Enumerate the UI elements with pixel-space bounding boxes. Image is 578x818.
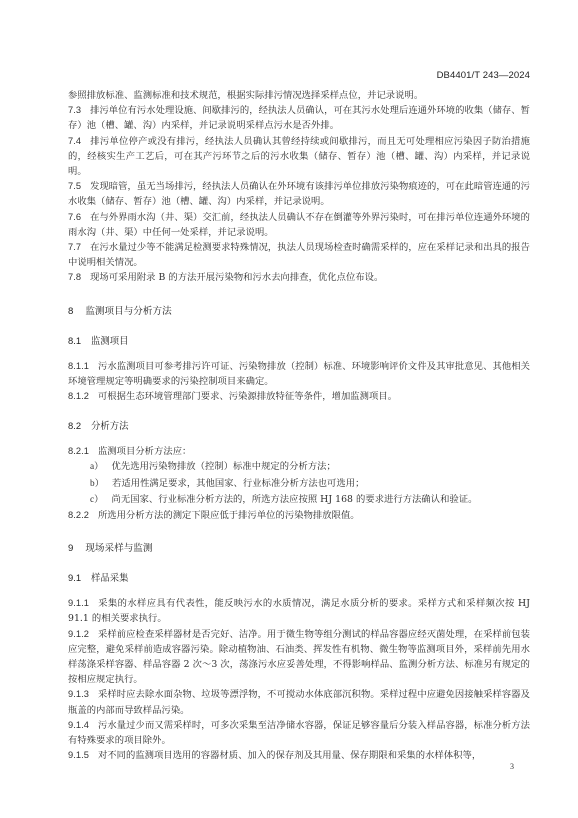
clause-text: 现场可采用附录 B 的方法开展污染物和污水去向排查，优化点位布设。: [90, 272, 383, 283]
clause-7-8: 7.8现场可采用附录 B 的方法开展污染物和污水去向排查，优化点位布设。: [68, 270, 530, 285]
clause-9-1-5: 9.1.5对不同的监测项目选用的容器材质、加入的保存剂及其用量、保存期限和采集的…: [68, 748, 530, 763]
list-marker: c）: [90, 495, 104, 505]
subsection-heading-9-1: 9.1样品采集: [68, 570, 530, 586]
subsection-heading-8-2: 8.2分析方法: [68, 418, 530, 434]
section-number: 8: [68, 306, 73, 317]
subsection-number: 9.1: [68, 572, 81, 583]
clause-8-2-2: 8.2.2所选用分析方法的测定下限应低于排污单位的污染物排放限值。: [68, 508, 530, 523]
spacer: [68, 523, 530, 541]
spacer: [68, 586, 530, 596]
subsection-title: 样品采集: [91, 573, 129, 584]
clause-number: 9.1.5: [68, 750, 89, 760]
document-standard-id: DB4401/T 243—2024: [437, 70, 530, 81]
clause-number: 7.5: [68, 181, 81, 191]
clause-number: 7.6: [68, 212, 81, 222]
clause-text: 可根据生态环境管理部门要求、污染源排放特征等条件，增加监测项目。: [98, 391, 397, 402]
clause-number: 9.1.1: [68, 598, 89, 608]
subsection-number: 8.2: [68, 420, 81, 431]
clause-text: 采样时应去除水面杂物、垃圾等漂浮物，不可搅动水体底部沉积物。采样过程中应避免因接…: [68, 689, 530, 715]
clause-number: 8.1.1: [68, 361, 89, 371]
clause-number: 8.1.2: [68, 391, 89, 401]
section-title: 现场采样与监测: [85, 543, 152, 554]
clause-text: 对不同的监测项目选用的容器材质、加入的保存剂及其用量、保存期限和采集的水样体积等…: [98, 750, 481, 761]
clause-text: 污水监测项目可参考排污许可证、污染物排放（控制）标准、环境影响评价文件及其审批意…: [68, 361, 530, 387]
subsection-title: 监测项目: [91, 336, 129, 347]
spacer: [68, 556, 530, 570]
section-number: 9: [68, 543, 73, 554]
clause-number: 8.2.1: [68, 446, 89, 456]
spacer: [68, 349, 530, 359]
clause-text: 采样前应检查采样器材是否完好、洁净。用于微生物等组分测试的样品容器应经灭菌处理，…: [68, 629, 530, 686]
page-number: 3: [510, 762, 514, 771]
clause-text: 在污水量过少等不能满足检测要求特殊情况，执法人员现场检查时确需采样的，应在采样记…: [68, 242, 530, 268]
list-item-b: b）若适用性满足要求，其他国家、行业标准分析方法也可选用；: [68, 476, 530, 492]
clause-7-4: 7.4排污单位停产或没有排污，经执法人员确认其曾经持续或间歇排污，而且无可处理相…: [68, 134, 530, 180]
clause-number: 7.4: [68, 136, 81, 146]
clause-number: 9.1.3: [68, 689, 89, 699]
continued-paragraph: 参照排放标准、监测标准和技术规范，根据实际排污情况选择采样点位，并记录说明。: [68, 88, 530, 103]
clause-number: 8.2.2: [68, 510, 89, 520]
spacer: [68, 404, 530, 418]
clause-9-1-2: 9.1.2采样前应检查采样器材是否完好、洁净。用于微生物等组分测试的样品容器应经…: [68, 627, 530, 688]
clause-number: 9.1.2: [68, 629, 89, 639]
clause-9-1-3: 9.1.3采样时应去除水面杂物、垃圾等漂浮物，不可搅动水体底部沉积物。采样过程中…: [68, 687, 530, 717]
spacer: [68, 286, 530, 304]
list-marker: a）: [90, 462, 104, 472]
subsection-number: 8.1: [68, 335, 81, 346]
clause-8-1-1: 8.1.1污水监测项目可参考排污许可证、污染物排放（控制）标准、环境影响评价文件…: [68, 359, 530, 389]
clause-number: 7.8: [68, 272, 81, 282]
subsection-heading-8-1: 8.1监测项目: [68, 333, 530, 349]
list-marker: b）: [90, 479, 104, 489]
clause-text: 在与外界雨水沟（井、渠）交汇前，经执法人员确认不存在倒灌等外界污染时，可在排污单…: [68, 212, 530, 238]
document-page: DB4401/T 243—2024 参照排放标准、监测标准和技术规范，根据实际排…: [0, 0, 578, 818]
clause-text: 所选用分析方法的测定下限应低于排污单位的污染物排放限值。: [98, 510, 360, 521]
list-item-text: 尚无国家、行业标准分析方法的，所选方法应按照 HJ 168 的要求进行方法确认和…: [112, 494, 478, 505]
clause-7-3: 7.3排污单位有污水处理设施、间歇排污的，经执法人员确认，可在其污水处理后连通外…: [68, 103, 530, 133]
clause-text: 排污单位停产或没有排污，经执法人员确认其曾经持续或间歇排污，而且无可处理相应污染…: [68, 136, 530, 177]
clause-number: 7.3: [68, 105, 81, 115]
list-item-text: 若适用性满足要求，其他国家、行业标准分析方法也可选用；: [112, 478, 364, 489]
document-body: 参照排放标准、监测标准和技术规范，根据实际排污情况选择采样点位，并记录说明。 7…: [68, 88, 530, 764]
clause-8-1-2: 8.1.2可根据生态环境管理部门要求、污染源排放特征等条件，增加监测项目。: [68, 389, 530, 404]
clause-7-6: 7.6在与外界雨水沟（井、渠）交汇前，经执法人员确认不存在倒灌等外界污染时，可在…: [68, 210, 530, 240]
clause-text: 采集的水样应具有代表性，能反映污水的水质情况，满足水质分析的要求。采样方式和采样…: [68, 598, 530, 624]
clause-number: 7.7: [68, 242, 81, 252]
clause-9-1-1: 9.1.1采集的水样应具有代表性，能反映污水的水质情况，满足水质分析的要求。采样…: [68, 596, 530, 626]
spacer: [68, 319, 530, 333]
list-item-a: a）优先选用污染物排放（控制）标准中规定的分析方法；: [68, 459, 530, 475]
clause-text: 污水量过少而又需采样时，可多次采集至洁净储水容器，保证足够容量后分装入样品容器，…: [68, 720, 530, 746]
clause-8-2-1: 8.2.1监测项目分析方法应：: [68, 444, 530, 459]
clause-7-7: 7.7在污水量过少等不能满足检测要求特殊情况，执法人员现场检查时确需采样的，应在…: [68, 240, 530, 270]
clause-9-1-4: 9.1.4污水量过少而又需采样时，可多次采集至洁净储水容器，保证足够容量后分装入…: [68, 718, 530, 748]
section-heading-8: 8监测项目与分析方法: [68, 304, 530, 319]
clause-7-5: 7.5发现暗管，虽无当场排污，经执法人员确认在外环境有该排污单位排放污染物痕迹的…: [68, 179, 530, 209]
subsection-title: 分析方法: [91, 421, 129, 432]
section-heading-9: 9现场采样与监测: [68, 541, 530, 556]
clause-text: 排污单位有污水处理设施、间歇排污的，经执法人员确认，可在其污水处理后连通外环境的…: [68, 105, 530, 131]
section-title: 监测项目与分析方法: [85, 306, 171, 317]
list-item-c: c）尚无国家、行业标准分析方法的，所选方法应按照 HJ 168 的要求进行方法确…: [68, 492, 530, 508]
list-item-text: 优先选用污染物排放（控制）标准中规定的分析方法；: [112, 461, 336, 472]
clause-text: 监测项目分析方法应：: [98, 446, 191, 457]
clause-number: 9.1.4: [68, 720, 89, 730]
clause-text: 发现暗管，虽无当场排污，经执法人员确认在外环境有该排污单位排放污染物痕迹的，可在…: [68, 181, 530, 207]
spacer: [68, 434, 530, 444]
